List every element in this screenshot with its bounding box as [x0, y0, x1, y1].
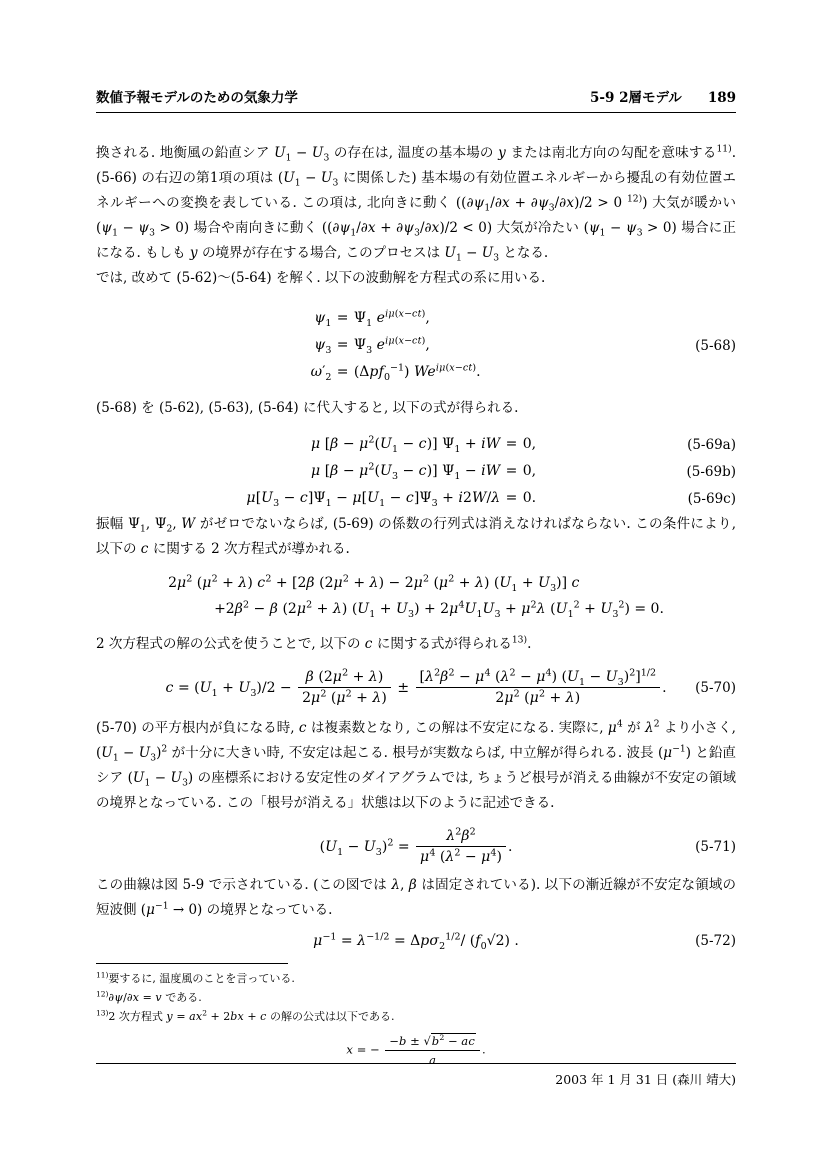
- page-header: 数値予報モデルのための気象力学 5-9 2層モデル 189: [96, 86, 736, 113]
- equals-sign: =: [500, 485, 522, 512]
- eq569c-rhs: 0.: [523, 485, 536, 512]
- equation-quadratic: 2μ2 (μ2 + λ) c2 + [2β (2μ2 + λ) − 2μ2 (μ…: [96, 570, 736, 622]
- equals-sign: =: [500, 431, 522, 458]
- equation-5-69: μ [β − μ2(U1 − c)] Ψ1 + iW = 0, (5-69a) …: [96, 431, 736, 512]
- eq572-body: μ−1 = λ−1/2 = Δpσ21/2/ (f0√2) .: [313, 933, 519, 949]
- equation-number-5-70: (5-70): [695, 680, 736, 696]
- page-content: 数値予報モデルのための気象力学 5-9 2層モデル 189 換される. 地衡風の…: [96, 0, 736, 1067]
- quadratic-line1: 2μ2 (μ2 + λ) c2 + [2β (2μ2 + λ) − 2μ2 (μ…: [168, 575, 580, 591]
- eq569a-lhs: μ [β − μ2(U1 − c)] Ψ1 + iW: [246, 431, 500, 458]
- document-page: 数値予報モデルのための気象力学 5-9 2層モデル 189 換される. 地衡風の…: [0, 0, 826, 1169]
- footnote-12: 12)∂ψ/∂x = v である.: [96, 988, 736, 1007]
- eq568-row3-rhs: (Δpf0−1) Weiμ(x−ct).: [354, 359, 481, 386]
- eq569b-rhs: 0,: [523, 458, 536, 485]
- eq571-body: (U1 − U3)2 = λ2β2μ4 (λ2 − μ4).: [320, 839, 513, 855]
- paragraph-instability-discussion: (5-70) の平方根内が負になる時, c は複素数となり, この解は不安定にな…: [96, 716, 736, 816]
- paragraph-substitution: (5-68) を (5-62), (5-63), (5-64) に代入すると, …: [96, 396, 736, 421]
- footnote-13: 13)2 次方程式 y = ax2 + 2bx + c の解の公式は以下である.: [96, 1007, 736, 1026]
- equation-number-5-71: (5-71): [695, 839, 736, 855]
- equation-5-70: c = (U1 + U3)/2 − β (2μ2 + λ)2μ2 (μ2 + λ…: [96, 663, 736, 712]
- eq570-body: c = (U1 + U3)/2 − β (2μ2 + λ)2μ2 (μ2 + λ…: [165, 680, 666, 696]
- paragraph-quadratic-formula-intro: 2 次方程式の解の公式を使うことで, 以下の c に関する式が得られる13).: [96, 632, 736, 657]
- equals-sign: =: [500, 458, 522, 485]
- footnote-11: 11)要するに, 温度風のことを言っている.: [96, 969, 736, 988]
- equals-sign: =: [331, 332, 353, 359]
- equation-number-5-68: (5-68): [695, 338, 736, 354]
- eq568-row2-rhs: Ψ3 eiμ(x−ct),: [354, 332, 481, 359]
- header-right: 5-9 2層モデル 189: [590, 86, 736, 106]
- equation-number-5-69a: (5-69a): [686, 437, 736, 453]
- equation-5-71: (U1 − U3)2 = λ2β2μ4 (λ2 − μ4). (5-71): [96, 822, 736, 871]
- footnote-divider: [96, 963, 288, 964]
- eq568-row1-rhs: Ψ1 eiμ(x−ct),: [354, 305, 481, 332]
- equation-5-72: μ−1 = λ−1/2 = Δpσ21/2/ (f0√2) . (5-72): [96, 927, 736, 955]
- book-title: 数値予報モデルのための気象力学: [96, 86, 298, 106]
- paragraph-wave-solution-intro: では, 改めて (5-62)～(5-64) を解く. 以下の波動解を方程式の系に…: [96, 266, 736, 291]
- eq568-row1-lhs: ψ1: [311, 305, 332, 332]
- equation-number-5-69b: (5-69b): [686, 464, 736, 480]
- eq568-row2-lhs: ψ3: [311, 332, 332, 359]
- eq569a-rhs: 0,: [523, 431, 536, 458]
- equals-sign: =: [331, 359, 353, 386]
- equation-5-68: ψ1 = Ψ1 eiμ(x−ct), ψ3 = Ψ3 eiμ(x−ct), (5…: [96, 305, 736, 386]
- paragraph-figure-reference: この曲線は図 5-9 で示されている. (この図では λ, β は固定されている…: [96, 873, 736, 923]
- page-footer: 2003 年 1 月 31 日 (森川 靖大): [96, 1063, 736, 1088]
- paragraph-determinant-condition: 振幅 Ψ1, Ψ2, W がゼロでないならば, (5-69) の係数の行列式は消…: [96, 512, 736, 562]
- page-number: 189: [708, 90, 736, 106]
- paragraph-shear-energy: 換される. 地衡風の鉛直シア U1 − U3 の存在は, 温度の基本場の y ま…: [96, 141, 736, 266]
- quadratic-line2: +2β2 − β (2μ2 + λ) (U1 + U3) + 2μ4U1U3 +…: [168, 596, 664, 622]
- equation-number-5-72: (5-72): [695, 933, 736, 949]
- eq569c-lhs: μ[U3 − c]Ψ1 − μ[U1 − c]Ψ3 + i2W/λ: [246, 485, 500, 512]
- equals-sign: =: [331, 305, 353, 332]
- section-title: 5-9 2層モデル: [590, 86, 682, 106]
- equation-number-5-69c: (5-69c): [686, 491, 736, 507]
- footer-date-author: 2003 年 1 月 31 日 (森川 靖大): [555, 1072, 736, 1087]
- eq569b-lhs: μ [β − μ2(U3 − c)] Ψ1 − iW: [246, 458, 500, 485]
- eq568-row3-lhs: ω′2: [311, 359, 332, 386]
